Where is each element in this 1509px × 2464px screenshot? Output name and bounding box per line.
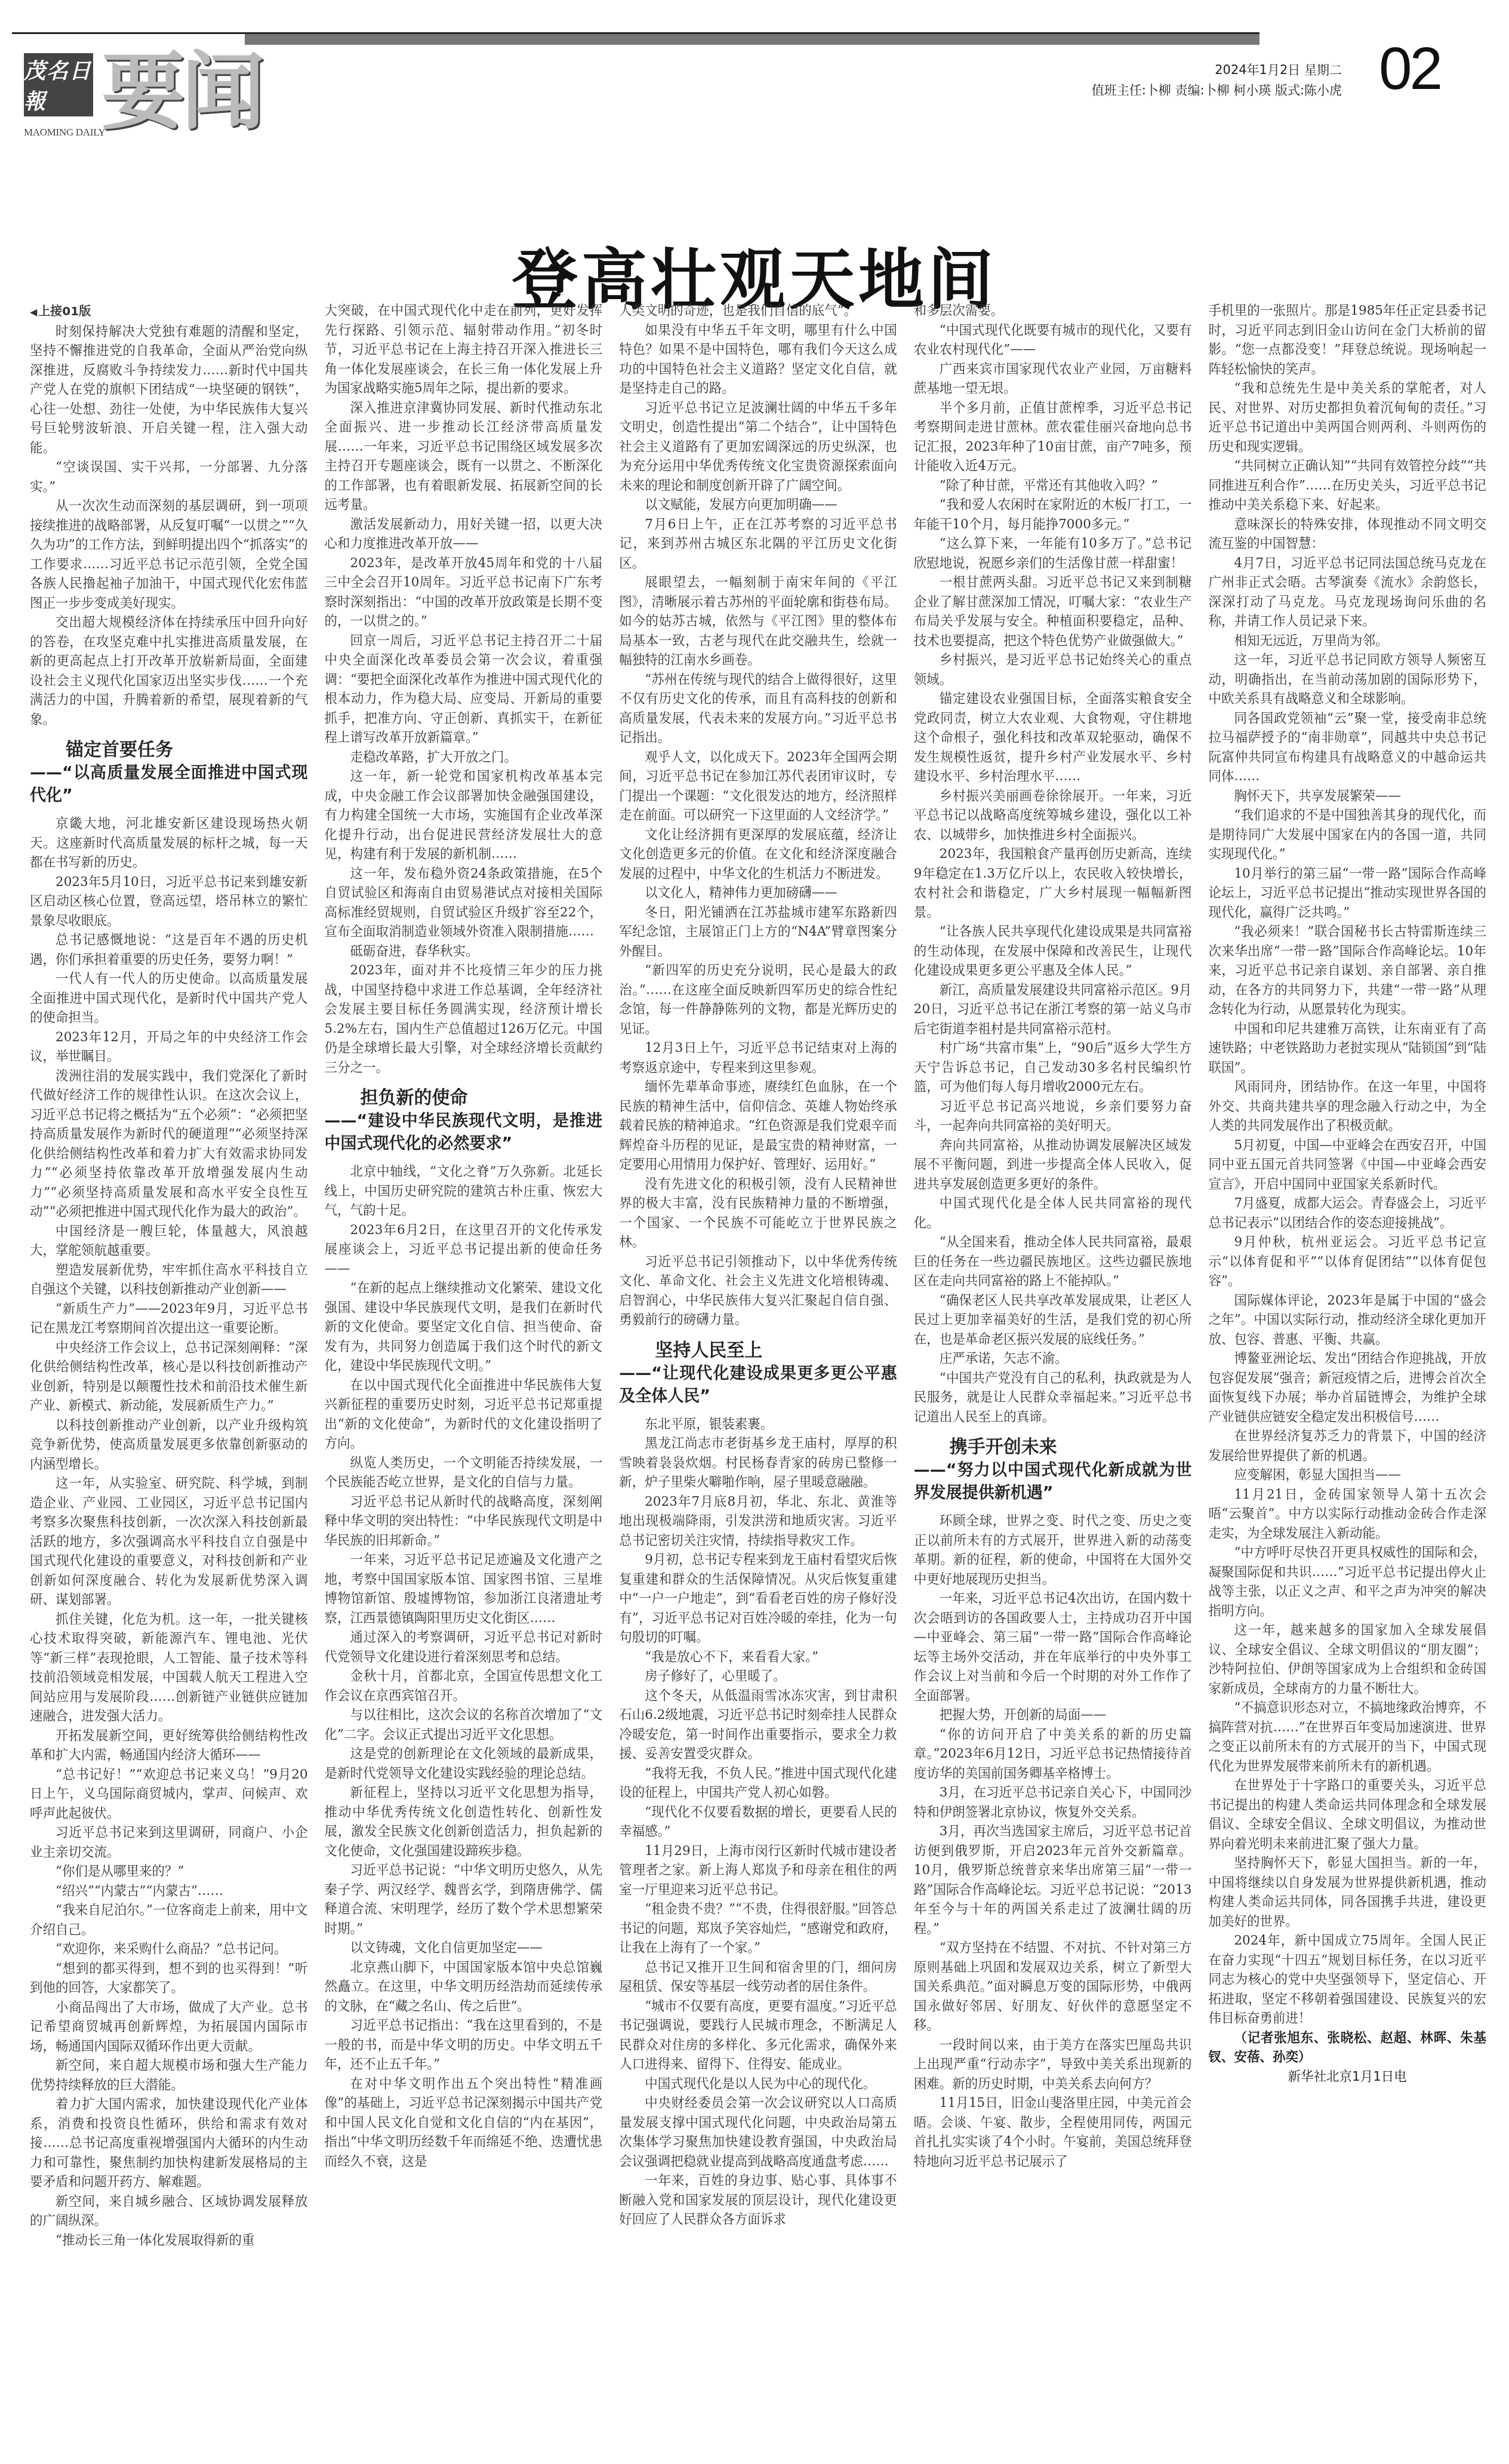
- paragraph: 在以中国式现代化全面推进中华民族伟大复兴新征程的重要历史时刻，习近平总书记郑重提…: [325, 1376, 603, 1454]
- paragraph: 庄严承诺，矢志不渝。: [914, 1349, 1192, 1369]
- paragraph: “现代化不仅要看数据的增长，更要看人民的幸福感。”: [619, 1803, 897, 1842]
- paragraph: “中国共产党没有自己的私利，执政就是为人民服务，就是让人民群众幸福起来。”习近平…: [914, 1369, 1192, 1428]
- paragraph: 着力扩大国内需求，加快建设现代化产业体系，消费和投资良性循环，供给和需求有效对接…: [30, 2095, 308, 2192]
- paragraph: 冬日，阳光铺洒在江苏盐城市建军东路新四军纪念馆，主展馆正门上方的“N4A”臂章图…: [619, 903, 897, 962]
- paragraph: 7月盛夏，成都大运会。青春盛会上，习近平总书记表示“以团结合作的姿态迎接挑战”。: [1208, 1194, 1486, 1233]
- paragraph: 观乎人文，以化成天下。2023年全国两会期间，习近平总书记在参加江苏代表团审议时…: [619, 748, 897, 826]
- paragraph: 一年来，习近平总书记4次出访，在国内数十次会晤到访的各国政要人士，主持成功召开中…: [914, 1589, 1192, 1706]
- paragraph: 这是党的创新理论在文化领域的最新成果，是新时代党领导文化建设实践经验的理论总结。: [325, 1745, 603, 1783]
- paragraph: 村广场“共富市集”上，“90后”返乡大学生方天宁告诉总书记，自己发动30多名村民…: [914, 1039, 1192, 1097]
- paragraph: 开拓发展新空间，更好统筹供给侧结构性改革和扩大内需，畅通国内经济大循环——: [30, 1727, 308, 1765]
- paragraph: “苏州在传统与现代的结合上做得很好，这里不仅有历史文化的传承，而且有高科技的创新…: [619, 670, 897, 748]
- paragraph: “我是放心不下，来看看大家。”: [619, 1648, 897, 1668]
- paragraph: 这一年，新一轮党和国家机构改革基本完成，中央金融工作会议部署加快金融强国建设，有…: [325, 767, 603, 865]
- subhead-kicker: 担负新的使命: [325, 1086, 603, 1110]
- paragraph: 新征程上，坚持以习近平文化思想为指导，推动中华优秀传统文化创造性转化、创新性发展…: [325, 1783, 603, 1861]
- paragraph: “中国式现代化既要有城市的现代化，又要有农业农村现代化”——: [914, 321, 1192, 360]
- paragraph: 11月21日，金砖国家领导人第十五次会晤“云聚首”。中方以实际行动推动金砖合作走…: [1208, 1485, 1486, 1544]
- paragraph: 中央经济工作会议上，总书记深刻阐释：“深化供给侧结构性改革，核心是以科技创新推动…: [30, 1339, 308, 1416]
- paragraph: 北京中轴线，“文化之脊”万久弥新。北延长线上，中国历史研究院的建筑古朴庄重、恢宏…: [325, 1162, 603, 1221]
- paragraph: 11月15日，旧金山斐洛里庄园，中美元首会晤。会谈、午宴、散步，全程使用同传，两…: [914, 2094, 1192, 2171]
- paragraph: 2023年7月底8月初，华北、东北、黄淮等地出现极端降雨，引发洪涝和地质灾害。习…: [619, 1493, 897, 1551]
- paragraph: 2023年，是改革开放45周年和党的十八届三中全会召开10周年。习近平总书记南下…: [325, 554, 603, 632]
- paragraph: “你们是从哪里来的？”: [30, 1862, 308, 1882]
- column-5: 手机里的一张照片。那是1985年任正定县委书记时，习近平同志到旧金山访问在金门大…: [1208, 302, 1486, 2403]
- paragraph: 与以往相比，这次会议的名称首次增加了“文化”二字。会议正式提出习近平文化思想。: [325, 1706, 603, 1745]
- paragraph: 中国式现代化是全体人民共同富裕的现代化。: [914, 1194, 1192, 1233]
- section-subhead: 坚持人民至上——“让现代化建设成果更多更公平惠及全体人民”: [619, 1339, 897, 1408]
- subhead-deck: ——“建设中华民族现代文明，是推进中国式现代化的必然要求”: [325, 1110, 603, 1155]
- paragraph: 9月仲秋，杭州亚运会。习近平总书记宣示“以体育促和平”“以体育促团结”“以体育促…: [1208, 1233, 1486, 1291]
- paragraph: 砥砺奋进，春华秋实。: [325, 942, 603, 962]
- paragraph: 胸怀天下，共享发展繁荣——: [1208, 787, 1486, 807]
- column-4: 和多层次需要。“中国式现代化既要有城市的现代化，又要有农业农村现代化”——广西来…: [914, 302, 1192, 2403]
- paragraph: “想到的都买得到，想不到的也买得到！”听到他的回答，大家都笑了。: [30, 1959, 308, 1998]
- paragraph: 塑造发展新优势，牢牢抓住高水平科技自立自强这个关键，以科技创新推动产业创新——: [30, 1261, 308, 1300]
- paragraph: 广西来宾市国家现代农业产业园，万亩糖料蔗基地一望无垠。: [914, 360, 1192, 399]
- subhead-deck: ——“努力以中国式现代化新成就为世界发展提供新机遇”: [914, 1459, 1192, 1505]
- paragraph: “我和爱人农闲时在家附近的木板厂打工，一年能干10个月，每月能挣7000多元。”: [914, 496, 1192, 534]
- subhead-kicker: 锚定首要任务: [30, 738, 308, 762]
- paragraph: 以文铸魂，文化自信更加坚定——: [325, 1939, 603, 1958]
- paragraph: 坚持胸怀天下，彰显大国担当。新的一年，中国将继续以自身发展为世界提供新机遇，推动…: [1208, 1854, 1486, 1931]
- paragraph: 3月，再次当选国家主席后，习近平总书记首访便到俄罗斯，开启2023年元首外交新篇…: [914, 1822, 1192, 1939]
- paragraph: “除了种甘蔗，平常还有其他收入吗？”: [914, 476, 1192, 496]
- paragraph: “我必须来！”联合国秘书长古特雷斯连续三次来华出席“一带一路”国际合作高峰论坛。…: [1208, 922, 1486, 1020]
- paragraph: 走稳改革路，扩大开放之门。: [325, 748, 603, 768]
- paragraph: 京畿大地，河北雄安新区建设现场热火朝天。这座新时代高质量发展的标杆之城，每一天都…: [30, 814, 308, 873]
- paragraph: 应变解困，彰显大国担当——: [1208, 1466, 1486, 1485]
- paragraph: 没有先进文化的积极引领，没有人民精神世界的极大丰富，没有民族精神力量的不断增强，…: [619, 1175, 897, 1253]
- paragraph: 北京燕山脚下，中国国家版本馆中央总馆巍然矗立。在这里，中华文明历经浩劫而延续传承…: [325, 1958, 603, 2017]
- paragraph: 大突破，在中国式现代化中走在前列，更好发挥先行探路、引领示范、辐射带动作用。”初…: [325, 302, 603, 399]
- paragraph: 抓住关键，化危为机。这一年，一批关键核心技术取得突破，新能源汽车、锂电池、光伏等…: [30, 1610, 308, 1727]
- paragraph: “不搞意识形态对立，不搞地缘政治博弈，不搞阵营对抗……”在世界百年变局加速演进、…: [1208, 1699, 1486, 1776]
- paragraph: 锚定建设农业强国目标，全面落实粮食安全党政同责，树立大农业观、大食物观，守住耕地…: [914, 690, 1192, 787]
- paragraph: 同各国政党领袖“云”聚一堂，接受南非总统拉马福萨授予的“南非勋章”，同越共中央总…: [1208, 709, 1486, 787]
- newspaper-logo: 茂名日報: [24, 53, 93, 116]
- paragraph: 以文化人，精神伟力更加磅礴——: [619, 884, 897, 903]
- page-number: 02: [1379, 36, 1440, 101]
- section-title: 要闻: [101, 48, 261, 137]
- paragraph: 这一年，越来越多的国家加入全球发展倡议、全球安全倡议、全球文明倡议的“朋友圈”；…: [1208, 1621, 1486, 1699]
- paragraph: 时刻保持解决大党独有难题的清醒和坚定，坚持不懈推进党的自我革命，全面从严治党向纵…: [30, 322, 308, 459]
- paragraph: 乡村振兴美丽画卷徐徐展开。一年来，习近平总书记以战略高度统筹城乡建设，强化以工补…: [914, 787, 1192, 845]
- column-2: 大突破，在中国式现代化中走在前列，更好发挥先行探路、引领示范、辐射带动作用。”初…: [325, 302, 603, 2403]
- paragraph: “我将无我，不负人民。”推进中国式现代化建设的征程上，中国共产党人初心如磐。: [619, 1764, 897, 1803]
- section-subhead: 锚定首要任务——“以高质量发展全面推进中国式现代化”: [30, 738, 308, 807]
- paragraph: 习近平总书记指出：“我在这里看到的，不是一般的书，而是中华文明的历史。中华文明五…: [325, 2016, 603, 2075]
- paragraph: 人类文明的奇迹，也是我们自信的底气”。: [619, 302, 897, 321]
- paragraph: 这个冬天，从低温雨雪冰冻灾害，到甘肃积石山6.2级地震，习近平总书记时刻牵挂人民…: [619, 1687, 897, 1764]
- column-1: 上接01版时刻保持解决大党独有难题的清醒和坚定，坚持不懈推进党的自我革命，全面从…: [30, 302, 308, 2403]
- paragraph: 东北平原，银装素裹。: [619, 1415, 897, 1435]
- paragraph: 展眼望去，一幅刻制于南宋年间的《平江图》，清晰展示着古苏州的平面轮廓和街巷布局。…: [619, 573, 897, 670]
- paragraph: “城市不仅要有高度，更要有温度。”习近平总书记强调说，要践行人民城市理念，不断满…: [619, 1997, 897, 2075]
- masthead-band: [245, 34, 1259, 45]
- paragraph: 泼洲往涓的发展实践中，我们党深化了新时代做好经济工作的规律性认识。在这次会议上，…: [30, 1067, 308, 1222]
- paragraph: 这一年，发布稳外资24条政策措施，在5个自贸试验区和海南自由贸易港试点对接相关国…: [325, 865, 603, 942]
- paragraph: 缅怀先辈革命事迹，赓续红色血脉，在一个民族的精神生活中，信仰信念、英雄人物始终承…: [619, 1078, 897, 1175]
- paragraph: 意味深长的特殊安排，体现推动不同文明交流互鉴的中国智慧：: [1208, 515, 1486, 554]
- paragraph: “在新的起点上继续推动文化繁荣、建设文化强国、建设中华民族现代文明，是我们在新时…: [325, 1279, 603, 1376]
- section-subhead: 携手开创未来——“努力以中国式现代化新成就为世界发展提供新机遇”: [914, 1435, 1192, 1505]
- paragraph: 在对中华文明作出五个突出特性“精准画像”的基础上，习近平总书记深刻揭示中国共产党…: [325, 2075, 603, 2172]
- subhead-kicker: 坚持人民至上: [619, 1339, 897, 1362]
- issue-meta: 2024年1月2日 星期二 值班主任:卜柳 责编:卜柳 柯小瑛 版式:陈小虎: [1092, 60, 1342, 100]
- paragraph: 房子修好了，心里暖了。: [619, 1667, 897, 1687]
- paragraph: 小商品闯出了大市场，做成了大产业。总书记希望商贸城再创新辉煌，为拓展国内国际市场…: [30, 1998, 308, 2057]
- subhead-deck: ——“以高质量发展全面推进中国式现代化”: [30, 762, 308, 807]
- paragraph: 2023年，我国粮食产量再创历史新高，连续9年稳定在1.3万亿斤以上，农民收入较…: [914, 845, 1192, 922]
- paragraph: 一年来，习近平总书记足迹遍及文化遗产之地，考察中国国家版本馆、国家图书馆、三星堆…: [325, 1551, 603, 1628]
- paragraph: 手机里的一张照片。那是1985年任正定县委书记时，习近平同志到旧金山访问在金门大…: [1208, 302, 1486, 379]
- paragraph: 新江，高质量发展建设共同富裕示范区。9月20日，习近平总书记在浙江考察的第一站义…: [914, 981, 1192, 1039]
- paragraph: “从全国来看，推动全体人民共同富裕，最艰巨的任务在一些边疆民族地区。这些边疆民族…: [914, 1233, 1192, 1291]
- subhead-kicker: 携手开创未来: [914, 1435, 1192, 1459]
- paragraph: 7月6日上午，正在江苏考察的习近平总书记，来到苏州古城区东北隅的平江历史文化街区…: [619, 515, 897, 574]
- paragraph: 环顾全球，世界之变、时代之变、历史之变正以前所未有的方式展开，世界进入新的动荡变…: [914, 1512, 1192, 1589]
- paragraph: 习近平总书记来到这里调研，同商户、小企业主亲切交流。: [30, 1823, 308, 1862]
- paragraph: “新质生产力”——2023年9月，习近平总书记在黑龙江考察期间首次提出这一重要论…: [30, 1300, 308, 1339]
- paragraph: 深入推进京津冀协同发展、新时代推动东北全面振兴、进一步推动长江经济带高质量发展……: [325, 399, 603, 515]
- paragraph: “欢迎你，来采购什么商品？”总书记问。: [30, 1940, 308, 1959]
- paragraph: 2024年，新中国成立75周年。全国人民正在奋力实现“十四五”规划目标任务，在以…: [1208, 1931, 1486, 2029]
- paragraph: 国际媒体评论，2023年是属于中国的“盛会之年”。中国以实际行动，推动经济全球化…: [1208, 1291, 1486, 1350]
- paragraph: “双方坚持在不结盟、不对抗、不针对第三方原则基础上巩固和发展双边关系，树立了新型…: [914, 1939, 1192, 2036]
- paragraph: 在世界处于十字路口的重要关头，习近平总书记提出的构建人类命运共同体理念和全球发展…: [1208, 1776, 1486, 1854]
- paragraph: 这一年，从实验室、研究院、科学城，到制造企业、产业园、工业园区，习近平总书记国内…: [30, 1474, 308, 1610]
- paragraph: 如果没有中华五千年文明，哪里有什么中国特色？如果不是中国特色，哪有我们今天这么成…: [619, 321, 897, 399]
- paragraph: 5月初夏，中国—中亚峰会在西安召开，中国同中亚五国元首共同签署《中国—中亚峰会西…: [1208, 1136, 1486, 1195]
- paragraph: 通过深入的考察调研，习近平总书记对新时代党领导文化建设进行着深刻思考和总结。: [325, 1628, 603, 1667]
- issue-date: 2024年1月2日 星期二: [1092, 60, 1342, 80]
- paragraph: 一年来，百姓的身边事、贴心事、具体事不断融入党和国家发展的顶层设计，现代化建设更…: [619, 2171, 897, 2230]
- paragraph: “租金贵不贵？”“不贵，住得很舒服。”回答总书记的问题，郑岚予笑容灿烂，“感谢党…: [619, 1900, 897, 1958]
- paragraph: 风雨同舟，团结协作。在这一年里，中国将外交、共商共建共享的理念融入行动之中，为全…: [1208, 1078, 1486, 1136]
- paragraph: 12月3日上午，习近平总书记结束对上海的考察返京途中，专程来到这里参观。: [619, 1039, 897, 1078]
- paragraph: 习近平总书记高兴地说，乡亲们要努力奋斗，一起奔向共同富裕的美好明天。: [914, 1097, 1192, 1136]
- paragraph: 中央财经委员会第一次会议研究以人口高质量发展支撑中国式现代化问题，中央政治局第五…: [619, 2094, 897, 2171]
- logo-text: 茂名日報: [24, 54, 93, 115]
- dateline: 新华社北京1月1日电: [1208, 2068, 1486, 2087]
- paragraph: “让各族人民共享现代化建设成果是共同富裕的生动体现，在发展中保障和改善民生，让现…: [914, 922, 1192, 981]
- paragraph: “我和总统先生是中美关系的掌舵者，对人民、对世界、对历史都担负着沉甸甸的责任。”…: [1208, 379, 1486, 457]
- paragraph: 一段时间以来，由于美方在落实巴厘岛共识上出现严重“行动赤字”，导致中美关系出现新…: [914, 2036, 1192, 2094]
- paragraph: 相知无远近，万里尚为邻。: [1208, 632, 1486, 651]
- paragraph: 文化让经济拥有更深厚的发展底蕴，经济让文化创造更多元的价值。在文化和经济深度融合…: [619, 826, 897, 884]
- paragraph: 2023年5月10日，习近平总书记来到雄安新区启动区核心位置，登高远望，塔吊林立…: [30, 873, 308, 931]
- paragraph: 习近平总书记立足波澜壮阔的中华五千多年文明史，创造性提出“第二个结合”，让中国特…: [619, 399, 897, 496]
- paragraph: 交出超大规模经济体在持续承压中回升向好的答卷，在攻坚克难中扎实推进高质量发展，在…: [30, 613, 308, 730]
- paragraph: 10月举行的第三届“一带一路”国际合作高峰论坛上，习近平总书记提出“推动实现世界…: [1208, 865, 1486, 923]
- paragraph: 激活发展新动力，用好关键一招，以更大决心和力度推进改革开放——: [325, 515, 603, 554]
- paragraph: 以文赋能，发展方向更加明确——: [619, 496, 897, 515]
- paragraph: 黑龙江尚志市老街基乡龙王庙村，厚厚的积雪映着袅袅炊烟。村民杨春青家的砖房已整修一…: [619, 1434, 897, 1493]
- paragraph: 9月初，总书记专程来到龙王庙村看望灾后恢复重建和群众的生活保障情况。从灾后恢复重…: [619, 1551, 897, 1648]
- paragraph: 中国和印尼共建雅万高铁，让东南亚有了高速铁路；中老铁路助力老挝实现从“陆锁国”到…: [1208, 1020, 1486, 1078]
- paragraph: “这么算下来，一年能有10多万了。”总书记欣慰地说，祝愿乡亲们的生活像甘蔗一样甜…: [914, 534, 1192, 573]
- column-3: 人类文明的奇迹，也是我们自信的底气”。如果没有中华五千年文明，哪里有什么中国特色…: [619, 302, 897, 2403]
- paragraph: 一代人有一代人的历史使命。以高质量发展全面推进中国式现代化，是新时代中国共产党人…: [30, 970, 308, 1028]
- paragraph: 2023年12月，开局之年的中央经济工作会议，举世瞩目。: [30, 1028, 308, 1067]
- paragraph: 习近平总书记引领推动下，以中华优秀传统文化、革命文化、社会主义先进文化培根铸魂、…: [619, 1253, 897, 1330]
- paragraph: 一根甘蔗两头甜。习近平总书记又来到制糖企业了解甘蔗深加工情况，叮嘱大家：“农业生…: [914, 573, 1192, 651]
- paragraph: 中国式现代化是以人民为中心的现代化。: [619, 2075, 897, 2094]
- logo-english: MAOMING DAILY: [24, 127, 93, 139]
- paragraph: 中国经济是一艘巨轮，体量越大，风浪越大，掌舵领航越重要。: [30, 1222, 308, 1261]
- paragraph: “空谈误国、实干兴邦，一分部署、九分落实。”: [30, 458, 308, 497]
- paragraph: 乡村振兴，是习近平总书记始终关心的重点领域。: [914, 651, 1192, 690]
- paragraph: 总书记感慨地说：“这是百年不遇的历史机遇，你们承担着重要的历史任务，要努力啊！”: [30, 931, 308, 970]
- paragraph: 新空间，来自超大规模市场和强大生产能力优势持续释放的巨大潜能。: [30, 2056, 308, 2095]
- paragraph: 习近平总书记从新时代的战略高度，深刻阐释中华文明的突出特性：“中华民族现代文明是…: [325, 1493, 603, 1551]
- paragraph: 博鳌亚洲论坛、发出“团结合作迎挑战，开放包容促发展”强音；新冠疫情之后，进博会首…: [1208, 1349, 1486, 1427]
- paragraph: 新空间，来自城乡融合、区域协调发展释放的广阔纵深。: [30, 2192, 308, 2231]
- paragraph: “我们追求的不是中国独善其身的现代化，而是期待同广大发展中国家在内的各国一道，共…: [1208, 806, 1486, 865]
- paragraph: 11月29日，上海市闵行区新时代城市建设者管理者之家。新上海人郑岚予和母亲在租住…: [619, 1842, 897, 1900]
- paragraph: 金秋十月，首都北京，全国宣传思想文化工作会议在京西宾馆召开。: [325, 1667, 603, 1706]
- paragraph: 回京一周后，习近平总书记主持召开二十届中央全面深化改革委员会第一次会议，着重强调…: [325, 632, 603, 748]
- paragraph: 4月7日，习近平总书记同法国总统马克龙在广州非正式会晤。古琴演奏《流水》余韵悠长…: [1208, 554, 1486, 632]
- paragraph: 纵览人类历史，一个文明能否持续发展，一个民族能否屹立世界，是文化的自信与力量。: [325, 1454, 603, 1493]
- paragraph: 从一次次生动而深刻的基层调研，到一项项接续推进的战略部署，从反复叮嘱“一以贯之”…: [30, 497, 308, 613]
- paragraph: “推动长三角一体化发展取得新的重: [30, 2231, 308, 2251]
- article-body: 上接01版时刻保持解决大党独有难题的清醒和坚定，坚持不懈推进党的自我革命，全面从…: [30, 302, 1486, 2403]
- paragraph: 总书记又推开卫生间和宿舍里的门，细问房屋租赁、保安等基层一线劳动者的居住条件。: [619, 1958, 897, 1997]
- paragraph: 半个多月前，正值甘蔗榨季，习近平总书记考察期间走进甘蔗林。蔗农霍佳丽兴奋地向总书…: [914, 399, 1192, 476]
- paragraph: 以科技创新推动产业创新，以产业升级构筑竞争新优势，使高质量发展更多依靠创新驱动的…: [30, 1416, 308, 1475]
- paragraph: “绍兴”“内蒙古”“内蒙古”……: [30, 1882, 308, 1902]
- paragraph: “新四军的历史充分说明，民心是最大的政治。”……在这座全面反映新四军历史的综合性…: [619, 961, 897, 1039]
- subhead-deck: ——“让现代化建设成果更多更公平惠及全体人民”: [619, 1362, 897, 1408]
- paragraph: “确保老区人民共享改革发展成果，让老区人民过上更加幸福美好的生活，是我们党的初心…: [914, 1291, 1192, 1350]
- paragraph: 和多层次需要。: [914, 302, 1192, 321]
- section-subhead: 担负新的使命——“建设中华民族现代文明，是推进中国式现代化的必然要求”: [325, 1086, 603, 1155]
- paragraph: “你的访问开启了中美关系的新的历史篇章。”2023年6月12日，习近平总书记热情…: [914, 1725, 1192, 1784]
- paragraph: 奔向共同富裕，从推动协调发展解决区域发展不平衡问题，到进一步提高全体人民收入，促…: [914, 1136, 1192, 1195]
- paragraph: 2023年6月2日，在这里召开的文化传承发展座谈会上，习近平总书记提出新的使命任…: [325, 1221, 603, 1279]
- editorial-staff: 值班主任:卜柳 责编:卜柳 柯小瑛 版式:陈小虎: [1092, 80, 1342, 100]
- paragraph: “中方呼吁尽快召开更具权威性的国际和会，凝聚国际促和共识……”习近平总书记提出停…: [1208, 1543, 1486, 1621]
- paragraph: “总书记好！”“欢迎总书记来义乌！”9月20日上午，义乌国际商贸城内，掌声、问候…: [30, 1765, 308, 1824]
- paragraph: 习近平总书记说：“中华文明历史悠久，从先秦子学、两汉经学、魏晋玄学，到隋唐佛学、…: [325, 1861, 603, 1939]
- reporter-byline: （记者张旭东、张晓松、赵超、林晖、朱基钗、安蓓、孙奕）: [1208, 2029, 1486, 2068]
- paragraph: 在世界经济复苏乏力的背景下，中国的经济发展给世界提供了新的机遇。: [1208, 1427, 1486, 1466]
- paragraph: 2023年，面对并不比疫情三年少的压力挑战，中国坚持稳中求进工作总基调，全年经济…: [325, 961, 603, 1078]
- paragraph: “我来自尼泊尔。”一位客商走上前来，用中文介绍自己。: [30, 1901, 308, 1940]
- paragraph: “共同树立正确认知”“共同有效管控分歧”“共同推进互利合作”……在历史关头，习近…: [1208, 457, 1486, 515]
- paragraph: 把握大势，开创新的局面——: [914, 1706, 1192, 1725]
- paragraph: 这一年，习近平总书记同欧方领导人频密互动，明确指出，在当前动荡加剧的国际形势下，…: [1208, 651, 1486, 709]
- paragraph: 3月，在习近平总书记亲自关心下，中国同沙特和伊朗签署北京协议，恢复外交关系。: [914, 1783, 1192, 1822]
- continued-from-label: 上接01版: [30, 302, 308, 322]
